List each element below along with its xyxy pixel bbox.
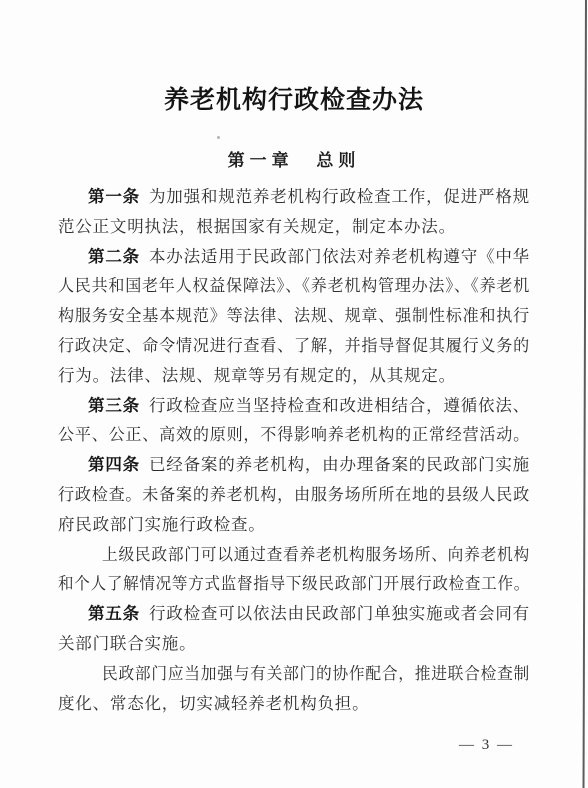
article-number: 第三条: [88, 397, 149, 415]
scan-edge-line: [582, 0, 587, 788]
article-number: 第五条: [88, 605, 149, 623]
document-line: 行政决定、命令情况进行查看、了解，并指导督促其履行义务的: [58, 331, 530, 361]
document-line: 第三条行政检查应当坚持检查和改进相结合，遵循依法、: [58, 391, 530, 421]
document-line: 和个人了解情况等方式监督指导下级民政部门开展行政检查工作。: [58, 569, 530, 599]
document-line: 人民共和国老年人权益保障法》、《养老机构管理办法》、《养老机: [58, 271, 530, 301]
document-title: 养老机构行政检查办法: [0, 80, 588, 116]
document-line: 上级民政部门可以通过查看养老机构服务场所、向养老机构: [58, 540, 530, 570]
article-number: 第二条: [88, 248, 149, 266]
document-body: 第一条为加强和规范养老机构行政检查工作，促进严格规范公正文明执法，根据国家有关规…: [58, 182, 530, 718]
article-number: 第一条: [88, 188, 149, 206]
document-line: 第二条本办法适用于民政部门依法对养老机构遵守《中华: [58, 242, 530, 272]
document-line: 构服务安全基本规范》等法律、法规、规章、强制性标准和执行: [58, 301, 530, 331]
document-line: 第一条为加强和规范养老机构行政检查工作，促进严格规: [58, 182, 530, 212]
document-line: 府民政部门实施行政检查。: [58, 510, 530, 540]
document-line: 第五条行政检查可以依法由民政部门单独实施或者会同有: [58, 599, 530, 629]
chapter-heading: 第一章 总则: [0, 146, 588, 171]
document-line: 公平、公正、高效的原则，不得影响养老机构的正常经营活动。: [58, 420, 530, 450]
document-line: 关部门联合实施。: [58, 629, 530, 659]
document-line: 行政检查。未备案的养老机构，由服务场所所在地的县级人民政: [58, 480, 530, 510]
article-number: 第四条: [88, 456, 149, 474]
document-line: 第四条已经备案的养老机构，由办理备案的民政部门实施: [58, 450, 530, 480]
document-line: 行为。法律、法规、规章等另有规定的，从其规定。: [58, 361, 530, 391]
document-line: 范公正文明执法，根据国家有关规定，制定本办法。: [58, 212, 530, 242]
document-line: 民政部门应当加强与有关部门的协作配合，推进联合检查制: [58, 659, 530, 689]
page-number: — 3 —: [459, 737, 514, 754]
document-line: 度化、常态化，切实减轻养老机构负担。: [58, 689, 530, 719]
scan-speckle: [217, 136, 220, 139]
scanned-document-page: { "page": { "background": "#fdfdfd", "te…: [0, 0, 588, 788]
